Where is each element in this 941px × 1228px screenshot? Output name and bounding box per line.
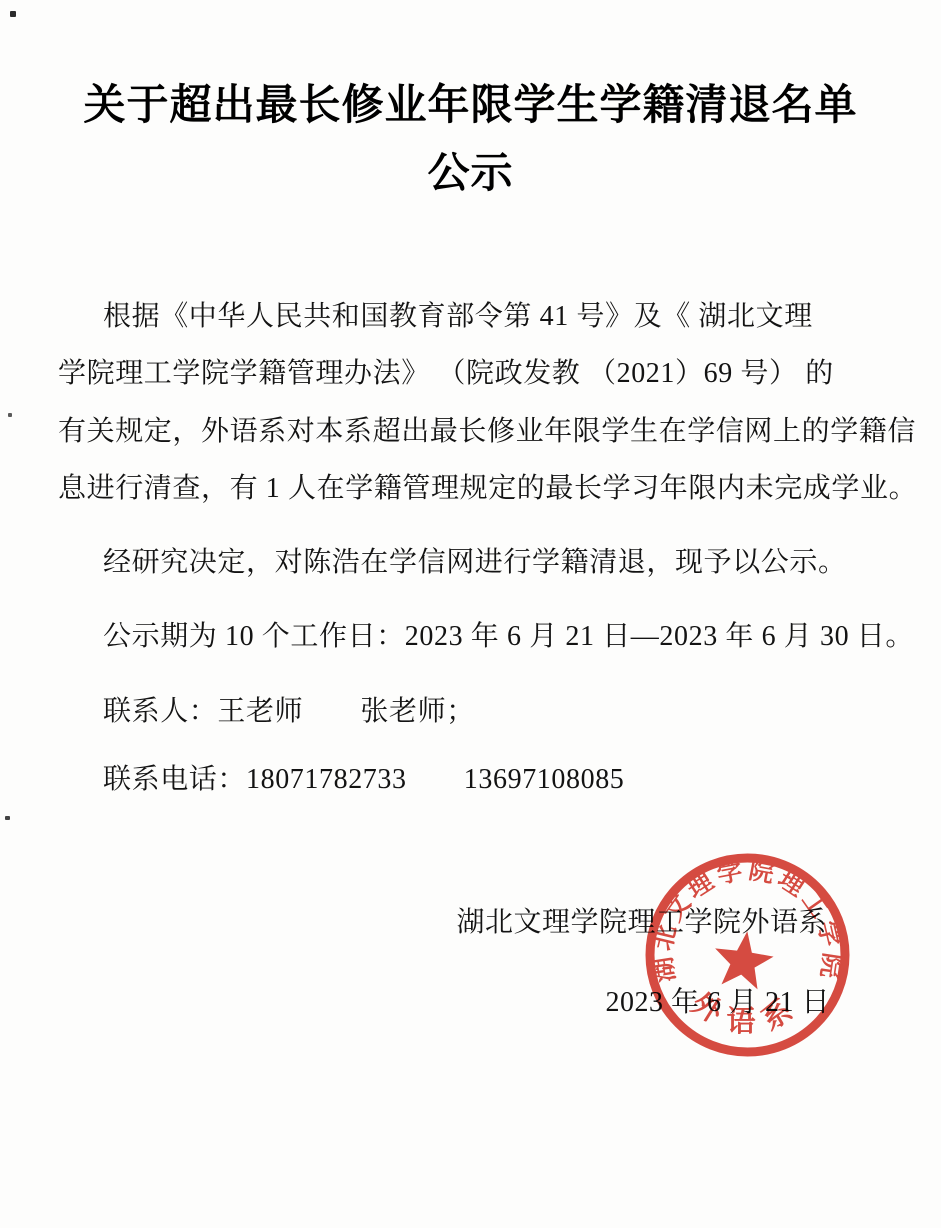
signature-date: 2023 年 6 月 21 日 [58, 983, 830, 1023]
contact-person-line: 联系人：王老师 张老师； [58, 683, 846, 741]
document-title-line1: 关于超出最长修业年限学生学籍清退名单 [0, 84, 941, 128]
paragraph1-line1: 根据《中华人民共和国教育部令第 41 号》及《 湖北文理 [58, 288, 846, 346]
official-seal: 湖北文理学院理工学院 外语系 [640, 851, 855, 1059]
scan-speck [5, 816, 10, 820]
paragraph2: 经研究决定，对陈浩在学信网进行学籍清退，现予以公示。 [58, 534, 846, 592]
paragraph1-line3: 有关规定，外语系对本系超出最长修业年限学生在学信网上的学籍信 [58, 403, 846, 461]
scan-speck [8, 413, 12, 417]
scanned-notice-page: 关于超出最长修业年限学生学籍清退名单 公示 根据《中华人民共和国教育部令第 41… [0, 0, 941, 1228]
signature-department: 湖北文理学院理工学院外语系 [58, 903, 827, 943]
scan-speck [10, 11, 16, 17]
paragraph1-line2: 学院理工学院学籍管理办法》 （院政发教 （2021）69 号） 的 [58, 345, 846, 403]
paragraph3-publicity-period: 公示期为 10 个工作日：2023 年 6 月 21 日—2023 年 6 月 … [58, 608, 846, 666]
contact-phone-line: 联系电话：18071782733 13697108085 [58, 751, 846, 809]
document-title-line2: 公示 [0, 152, 941, 196]
paragraph1-line4: 息进行清查，有 1 人在学籍管理规定的最长学习年限内未完成学业。 [58, 460, 846, 518]
